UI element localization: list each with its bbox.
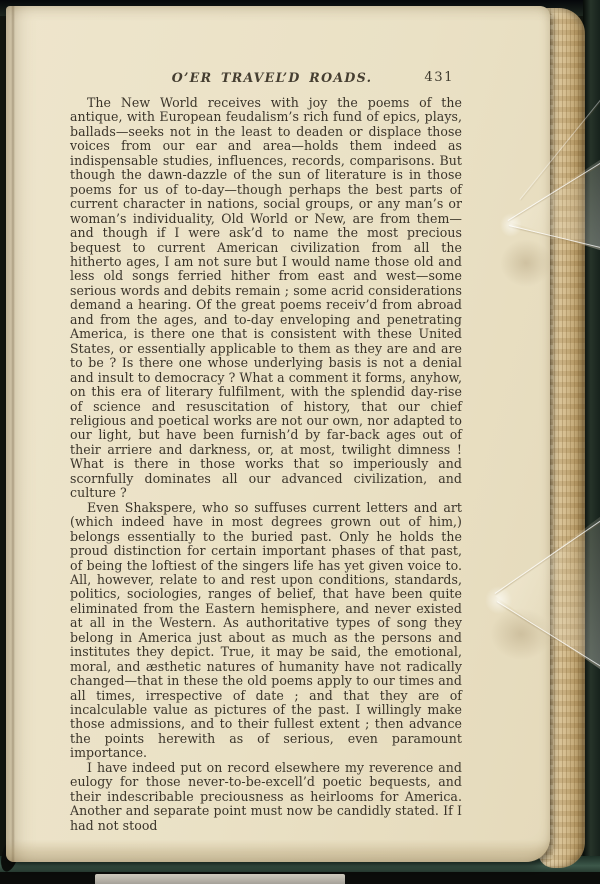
strap-shadow	[490, 230, 562, 296]
desk-highlight	[95, 874, 345, 884]
book-photo: O’ER TRAVEL’D ROADS. 431 The New World r…	[0, 0, 600, 884]
page-number: 431	[424, 70, 454, 85]
paragraph-2: Even Shakspere, who so suffuses current …	[70, 501, 462, 761]
book-cover-right	[583, 0, 600, 884]
gutter-crease	[11, 6, 15, 862]
paragraph-1: The New World receives with joy the poem…	[70, 96, 462, 501]
page-bottom-curl	[6, 840, 550, 862]
page-header: O’ER TRAVEL’D ROADS. 431	[68, 70, 460, 90]
paragraph-3: I have indeed put on record elsewhere my…	[70, 761, 462, 833]
body-text: The New World receives with joy the poem…	[70, 96, 462, 833]
strap-tip-highlight	[485, 586, 512, 614]
running-title: O’ER TRAVEL’D ROADS.	[76, 70, 468, 85]
book-page: O’ER TRAVEL’D ROADS. 431 The New World r…	[6, 6, 550, 862]
strap-tip-highlight	[500, 213, 522, 237]
